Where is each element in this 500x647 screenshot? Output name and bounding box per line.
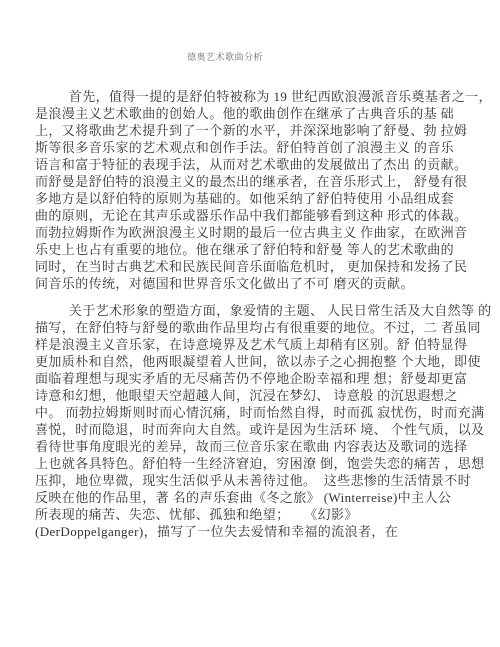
text-line: 关于艺术形象的塑造方面，象爱情的主题、 人民日常生活及大自然等 的 (35, 302, 475, 319)
text-line: 乐史上也占有重要的地位。他在继承了舒伯特和舒曼 等人的艺术歌曲的 (35, 241, 475, 258)
document-title: 德奥艺术歌曲分析 (187, 51, 263, 63)
text-line: 上也就各具特色。舒伯特一生经济窘迫，穷困潦 倒，饱尝失恋的痛苦 ，思想 (35, 455, 475, 472)
text-line: 看待世事角度眼光的差异，故而三位音乐家在歌曲 内容表达及歌词的选择 (35, 438, 475, 455)
text-line: 面临着理想与现实矛盾的无尽痛苦仍不停地企盼幸福和理 想；舒曼却更富 (35, 370, 475, 387)
text-line: 样是浪漫主义音乐家，在诗意境界及艺术气质上却稍有区别。舒 伯特显得 (35, 336, 475, 353)
text-line: 喜悦，时而隐退，时而奔向大自然。或许是因为生活环 境、 个性气质，以及 (35, 421, 475, 438)
text-line: 中。 而勃拉姆斯则时而心情沉痛，时而怡然自得，时而孤 寂忧伤，时而充满 (35, 404, 475, 421)
text-line: 诗意和幻想，他眼望天空超越人间，沉浸在梦幻、 诗意般 的沉思遐想之 (35, 387, 475, 404)
text-line: (DerDoppelganger)，描写了一位失去爱情和幸福的流浪者，在 (35, 523, 475, 540)
text-line: 而舒曼是舒伯特的浪漫主义的最杰出的继承者，在音乐形式上， 舒曼有很 (35, 173, 475, 190)
text-line: 同时，在当时古典艺术和民族民间音乐面临危机时， 更加保持和发扬了民 (35, 258, 475, 275)
text-line: 而勃拉姆斯作为欧洲浪漫主义时期的最后一位古典主义 作曲家，在欧洲音 (35, 224, 475, 241)
text-line: 语言和富于特征的表现手法，从而对艺术歌曲的发展做出了杰出 的贡献。 (35, 156, 475, 173)
text-line: 首先，值得一提的是舒伯特被称为 19 世纪西欧浪漫派音乐奠基者之一， (35, 88, 475, 105)
text-line: 所表现的痛苦、失恋、忧郁、孤独和绝望； 《幻影》 (35, 506, 475, 523)
text-line: 间音乐的传统，对德国和世界音乐文化做出了不可 磨灭的贡献。 (35, 275, 475, 292)
paragraph-1: 首先，值得一提的是舒伯特被称为 19 世纪西欧浪漫派音乐奠基者之一，是浪漫主义艺… (35, 88, 475, 292)
text-line: 更加质朴和自然，他两眼凝望着人世间，欲以赤子之心拥抱整 个大地，即使 (35, 353, 475, 370)
text-line: 曲的原则，无论在其声乐或器乐作品中我们都能够看到这种 形式的体裁。 (35, 207, 475, 224)
paragraph-2: 关于艺术形象的塑造方面，象爱情的主题、 人民日常生活及大自然等 的描写，在舒伯特… (35, 302, 475, 540)
text-line: 多地方是以舒伯特的原则为基础的。如他采纳了舒伯特使用 小品组成套 (35, 190, 475, 207)
text-line: 压抑，地位卑微，现实生活似乎从未善待过他。 这些悲惨的生活情景不时 (35, 472, 475, 489)
text-line: 描写，在舒伯特与舒曼的歌曲作品里均占有很重要的地位。不过，二 者虽同 (35, 319, 475, 336)
document-page: 德奥艺术歌曲分析 首先，值得一提的是舒伯特被称为 19 世纪西欧浪漫派音乐奠基者… (0, 0, 500, 647)
text-line: 上，又将歌曲艺术提升到了一个新的水平，并深深地影响了舒曼、勃 拉姆 (35, 122, 475, 139)
text-line: 反映在他的作品里，著 名的声乐套曲《冬之旅》 (Winterreise)中主人公 (35, 489, 475, 506)
text-line: 是浪漫主义艺术歌曲的创始人。他的歌曲创作在继承了古典音乐的基 础 (35, 105, 475, 122)
text-line: 斯等很多音乐家的艺术观点和创作手法。舒伯特首创了浪漫主义 的音乐 (35, 139, 475, 156)
